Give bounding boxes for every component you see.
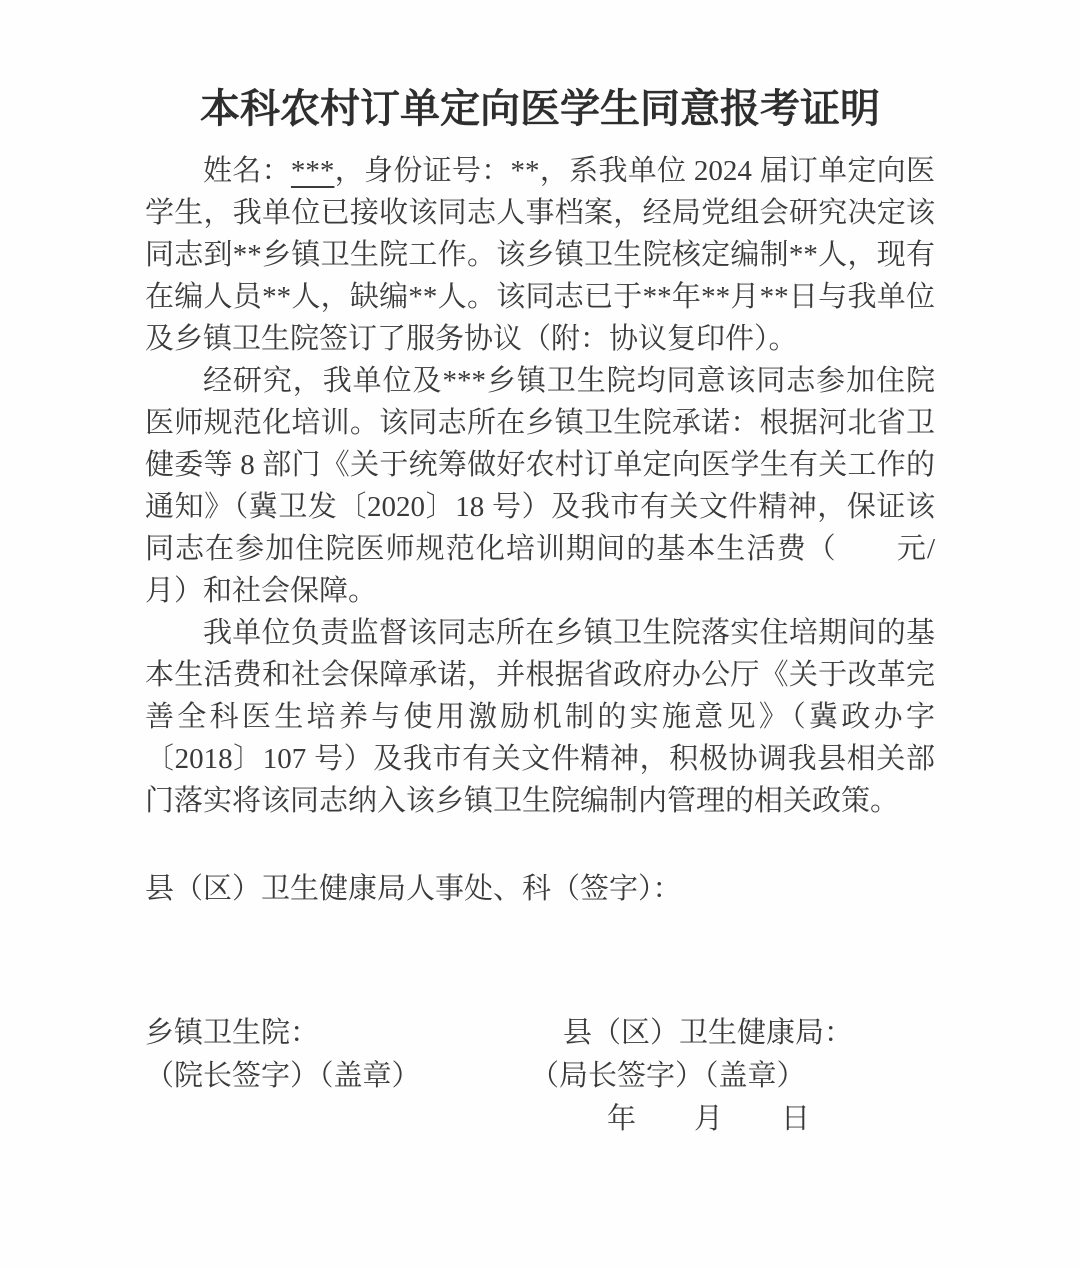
paragraph-2: 经研究，我单位及***乡镇卫生院均同意该同志参加住院医师规范化培训。该同志所在乡… bbox=[145, 360, 935, 612]
paragraph-1: 姓名：***，身份证号：**，系我单位 2024 届订单定向医学生，我单位已接收… bbox=[145, 150, 935, 360]
date-line: 年 月 日 bbox=[607, 1098, 810, 1141]
township-clinic-label: 乡镇卫生院： bbox=[145, 1012, 319, 1055]
bureau-chief-signature-stamp-label: （局长签字）（盖章） bbox=[530, 1055, 806, 1098]
signature-block: 乡镇卫生院： 县（区）卫生健康局： （院长签字）（盖章） （局长签字）（盖章） … bbox=[145, 1012, 935, 1141]
signature-request-line: 县（区）卫生健康局人事处、科（签字）： bbox=[145, 868, 935, 910]
paragraph-3: 我单位负责监督该同志所在乡镇卫生院落实住培期间的基本生活费和社会保障承诺，并根据… bbox=[145, 612, 935, 822]
document-title: 本科农村订单定向医学生同意报考证明 bbox=[145, 84, 935, 134]
director-signature-stamp-label: （院长签字）（盖章） bbox=[145, 1055, 421, 1098]
org-name-row: 乡镇卫生院： 县（区）卫生健康局： bbox=[145, 1012, 935, 1055]
name-value-underlined: *** bbox=[291, 155, 335, 187]
date-row: 年 月 日 bbox=[145, 1098, 935, 1141]
county-health-bureau-label: 县（区）卫生健康局： bbox=[563, 1012, 853, 1055]
document-page: 本科农村订单定向医学生同意报考证明 姓名：***，身份证号：**，系我单位 20… bbox=[0, 0, 1080, 1268]
signature-stamp-row: （院长签字）（盖章） （局长签字）（盖章） bbox=[145, 1055, 935, 1098]
name-label: 姓名： bbox=[203, 155, 291, 187]
